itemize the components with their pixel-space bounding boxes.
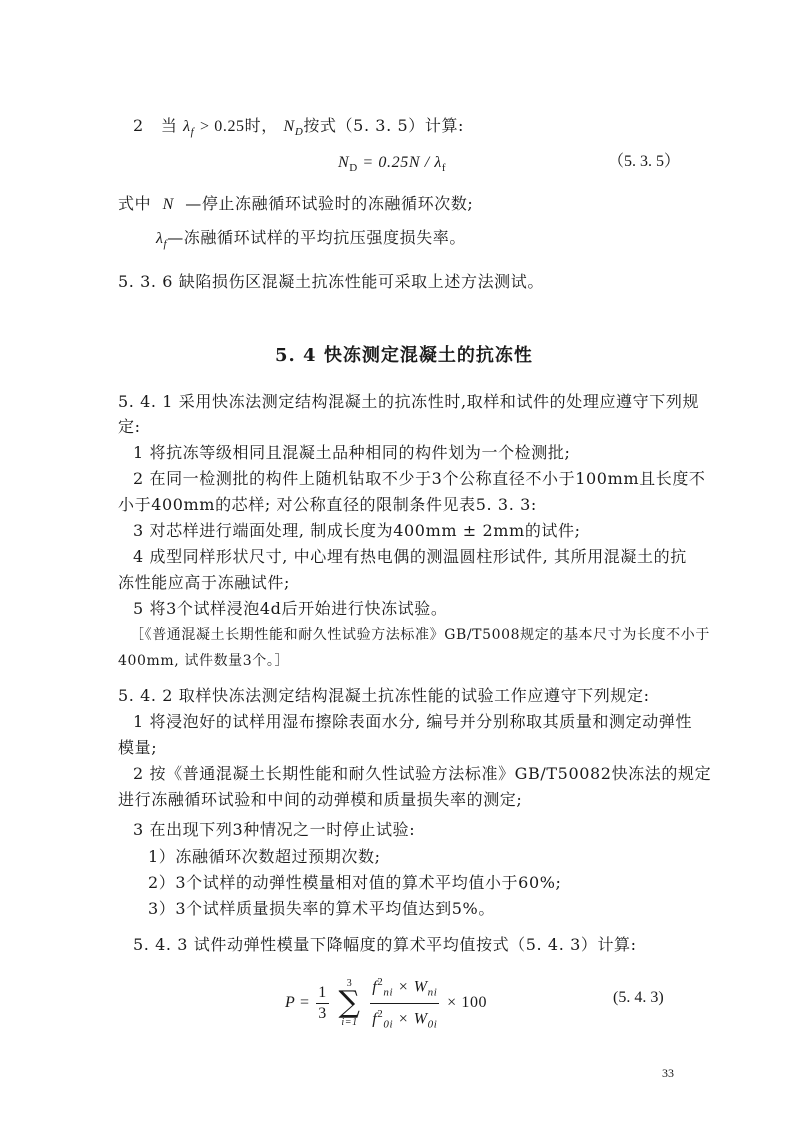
- def-n: —停止冻融循环试验时的冻融循环次数;: [185, 194, 473, 213]
- clause-5-4-2-subitem-3: 3）3个试样质量损失率的算术平均值达到5%。: [148, 899, 495, 919]
- equation-number-5-3-5: （5. 3. 5）: [608, 152, 680, 172]
- clause-5-4-1-item-4-cont: 冻性能应高于冻融试件;: [118, 573, 290, 593]
- where-definition-lambda: λf—冻融循环试样的平均抗压强度损失率。: [156, 228, 466, 254]
- clause-5-4-2-item-3: 3 在出现下列3种情况之一时停止试验:: [133, 820, 415, 840]
- lambda-symbol: λf: [183, 118, 194, 135]
- clause-5-4-2-line1: 5. 4. 2 取样快冻法测定结构混凝土抗冻性能的试验工作应遵守下列规定:: [118, 686, 650, 706]
- eq-rhs-sub: f: [442, 162, 446, 174]
- clause-5-4-2-item-1-cont: 模量;: [118, 738, 157, 758]
- coefficient-fraction: 1 3: [316, 983, 329, 1024]
- main-numerator: f2ni × Wni: [370, 972, 439, 1004]
- where-definition-n: 式中 N —停止冻融循环试验时的冻融循环次数;: [118, 194, 473, 215]
- text: 当: [161, 116, 178, 135]
- eq-lhs: P: [285, 994, 295, 1011]
- clause-5-4-1-item-1: 1 将抗冻等级相同且混凝土品种相同的构件划为一个检测批;: [133, 443, 570, 463]
- clause-5-4-1-line1: 5. 4. 1 采用快冻法测定结构混凝土的抗冻性时,取样和试件的处理应遵守下列规: [118, 392, 699, 412]
- summation: 3 ∑ i=1: [339, 978, 361, 1028]
- clause-5-3-5-item-2: 2 当 λf > 0.25时， ND按式（5. 3. 5）计算:: [133, 116, 464, 142]
- coef-numerator: 1: [316, 983, 329, 1004]
- eq-lhs: N: [338, 154, 349, 171]
- eq-tail: × 100: [447, 994, 487, 1011]
- clause-5-4-1-item-3: 3 对芯样进行端面处理, 制成长度为400mm ± 2mm的试件;: [133, 521, 581, 541]
- clause-5-4-1-item-5: 5 将3个试样浸泡4d后开始进行快冻试验。: [133, 599, 447, 619]
- sigma-symbol: ∑: [339, 989, 361, 1017]
- equation-number-5-4-3: (5. 4. 3): [613, 988, 664, 1008]
- clause-5-4-1-item-2-cont: 小于400mm的芯样; 对公称直径的限制条件见表5. 3. 3:: [118, 495, 537, 515]
- clause-5-4-3-line1: 5. 4. 3 试件动弹性模量下降幅度的算术平均值按式（5. 4. 3）计算:: [133, 935, 637, 955]
- clause-5-4-1-line2: 定:: [118, 417, 141, 437]
- eq-rhs: = 0.25N / λ: [358, 154, 442, 171]
- main-denominator: f20i × W0i: [370, 1004, 439, 1035]
- equation-5-3-5: ND = 0.25N / λf: [338, 152, 446, 178]
- clause-5-4-1-item-4: 4 成型同样形状尺寸, 中心埋有热电偶的测温圆柱形试件, 其所用混凝土的抗: [133, 547, 687, 567]
- section-heading-5-4: 5. 4 快冻测定混凝土的抗冻性: [275, 345, 533, 367]
- eq-lhs-sub: D: [349, 162, 358, 174]
- text: 按式（5. 3. 5）计算:: [303, 116, 464, 135]
- main-fraction: f2ni × Wni f20i × W0i: [370, 972, 439, 1034]
- clause-5-4-2-subitem-2: 2）3个试样的动弹性模量相对值的算术平均值小于60%;: [148, 873, 562, 893]
- nd-symbol: ND: [284, 118, 304, 135]
- clause-5-4-2-item-1: 1 将浸泡好的试样用湿布擦除表面水分, 编号并分别称取其质量和测定动弹性: [133, 712, 692, 732]
- text: 时，: [245, 116, 278, 135]
- coef-denominator: 3: [316, 1004, 329, 1024]
- item-number: 2: [133, 116, 144, 135]
- def-lambda: —冻融循环试样的平均抗压强度损失率。: [167, 228, 466, 247]
- eq-equals: =: [295, 994, 314, 1011]
- clause-5-4-2-item-2: 2 按《普通混凝土长期性能和耐久性试验方法标准》GB/T50082快冻法的规定: [133, 764, 711, 784]
- clause-5-4-2-subitem-1: 1）冻融循环次数超过预期次数;: [148, 847, 381, 867]
- equation-5-4-3: P = 1 3 3 ∑ i=1 f2ni × Wni f20i × W0i × …: [285, 972, 487, 1034]
- where-label: 式中: [118, 194, 151, 213]
- clause-5-4-1-note-line1: ［《普通混凝土长期性能和耐久性试验方法标准》GB/T5008规定的基本尺寸为长度…: [130, 625, 710, 645]
- var-lambda: λf: [156, 230, 167, 247]
- clause-5-3-6: 5. 3. 6 缺陷损伤区混凝土抗冻性能可采取上述方法测试。: [118, 272, 544, 292]
- clause-5-4-2-item-2-cont: 进行冻融循环试验和中间的动弹模和质量损失率的测定;: [118, 790, 522, 810]
- condition: > 0.25: [200, 118, 245, 135]
- sum-lower: i=1: [339, 1017, 361, 1028]
- clause-5-4-1-note-line2: 400mm, 试件数量3个。］: [118, 651, 289, 671]
- var-n: N: [163, 196, 174, 213]
- clause-5-4-1-item-2: 2 在同一检测批的构件上随机钻取不少于3个公称直径不小于100mm且长度不: [133, 469, 706, 489]
- page-number: 33: [662, 1066, 674, 1081]
